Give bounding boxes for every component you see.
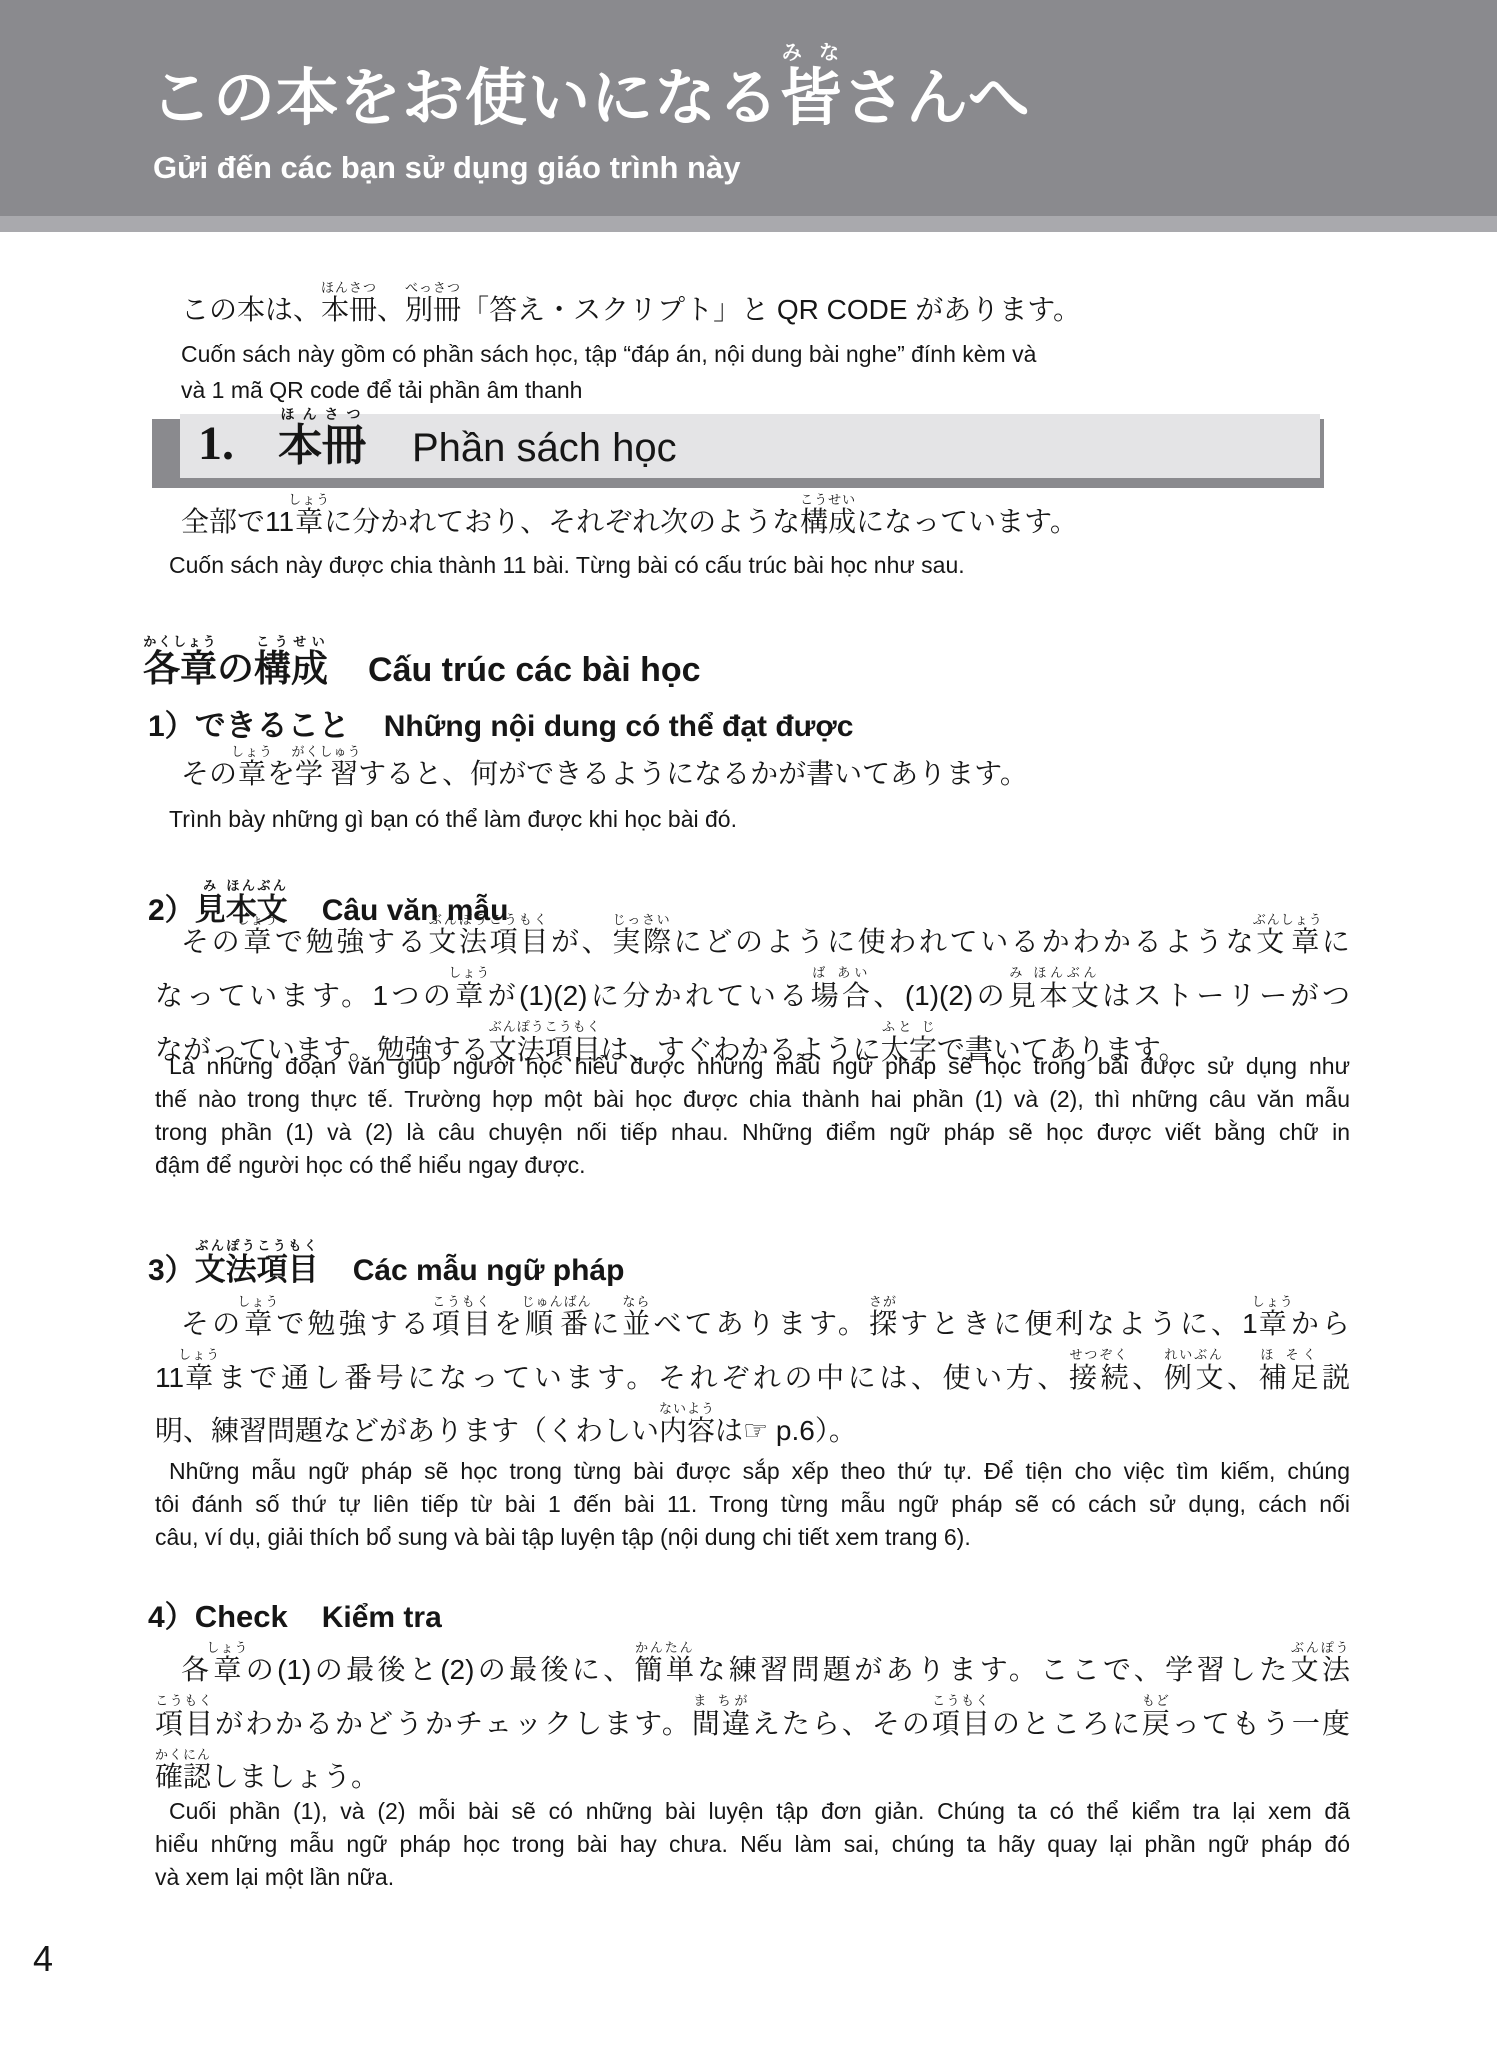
page-number: 4: [33, 1938, 53, 1980]
text-line: 11章しょうまで通し番号になっています。それぞれの中には、使い方、接続せつぞく、…: [155, 1347, 1350, 1401]
chapter-structure-heading: 各章かくしょうの構成こうせい Cấu trúc các bài học: [143, 612, 701, 690]
text-line: 全部で11章しょうに分かれており、それぞれ次のような構成こうせいになっています。: [155, 492, 1350, 545]
text-line: 明、練習問題などがあります（くわしい内容ないようは☞ p.6）。: [155, 1401, 1350, 1454]
item3-title: 3） 文法ぶんぽう項目こうもく Các mẫu ngữ pháp: [148, 1218, 624, 1289]
item4-body-japanese: 各章しょうの(1)の最後と(2)の最後に、簡単かんたんな練習問題があります。ここ…: [155, 1640, 1350, 1800]
section1-body-japanese: 全部で11章しょうに分かれており、それぞれ次のような構成こうせいになっています。: [155, 492, 1350, 545]
item2-body-japanese: その章しょうで勉強する文法項目ぶんぽうこうもくが、実際じっさいにどのように使われ…: [155, 912, 1350, 1073]
item3-title-vietnamese: Các mẫu ngữ pháp: [353, 1254, 625, 1288]
item1-body-vietnamese: Trình bày những gì bạn có thể làm được k…: [155, 803, 1350, 836]
text-line: Cuốn sách này gồm có phần sách học, tập …: [181, 336, 1381, 372]
item4-label: 4）: [148, 1592, 195, 1636]
text-line: thế nào trong thực tế. Trường hợp một bà…: [155, 1083, 1350, 1116]
item1-label: 1）: [148, 701, 195, 745]
text-line: その章しょうで勉強する文法項目ぶんぽうこうもくが、実際じっさいにどのように使われ…: [155, 912, 1350, 965]
item4-title-vietnamese: Kiểm tra: [322, 1601, 442, 1635]
text-line: その章しょうで勉強する項目こうもくを順番じゅんばんに並ならべてあります。探さがす…: [155, 1294, 1350, 1347]
item4-title: 4） Check Kiểm tra: [148, 1572, 442, 1636]
item3-label: 3）: [148, 1245, 195, 1289]
text-line: なっています。1つの章しょうが(1)(2)に分かれている場合ば あい、(1)(2…: [155, 965, 1350, 1019]
item1-body-japanese: その章しょうを学習がくしゅうすると、何ができるようになるかが書いてあります。: [155, 744, 1350, 797]
text-line: tôi đánh số thứ tự liên tiếp từ bài 1 đế…: [155, 1488, 1350, 1521]
text-line: 項目こうもくがわかるかどうかチェックします。間違ま ちがえたら、その項目こうもく…: [155, 1693, 1350, 1747]
item4-body-vietnamese: Cuối phần (1), và (2) mỗi bài sẽ có nhữn…: [155, 1795, 1350, 1894]
text-line: Cuốn sách này được chia thành 11 bài. Từ…: [155, 549, 1350, 582]
text-line: và xem lại một lần nữa.: [155, 1861, 1350, 1894]
item1-title-vietnamese: Những nội dung có thể đạt được: [384, 710, 854, 744]
item3-body-japanese: その章しょうで勉強する項目こうもくを順番じゅんばんに並ならべてあります。探さがす…: [155, 1294, 1350, 1454]
text-line: 確認かくにんしましょう。: [155, 1747, 1350, 1800]
header-band-bottom-strip: [0, 216, 1497, 232]
item3-body-vietnamese: Những mẫu ngữ pháp sẽ học trong từng bài…: [155, 1455, 1350, 1554]
section1-number: 1.: [198, 420, 234, 468]
text-line: trong phần (1) và (2) là câu chuyện nối …: [155, 1116, 1350, 1149]
text-line: その章しょうを学習がくしゅうすると、何ができるようになるかが書いてあります。: [155, 744, 1350, 797]
text-line: Trình bày những gì bạn có thể làm được k…: [155, 803, 1350, 836]
item2-body-vietnamese: Là những đoạn văn giúp người học hiểu đư…: [155, 1050, 1350, 1182]
text-line: hiểu những mẫu ngữ pháp học trong bài ha…: [155, 1828, 1350, 1861]
item1-title-japanese: できること: [195, 700, 350, 745]
intro-paragraph-japanese: この本は、本冊ほんさつ、別冊べっさつ「答え・スクリプト」と QR CODE があ…: [155, 280, 1350, 336]
text-line: câu, ví dụ, giải thích bổ sung và bài tậ…: [155, 1521, 1350, 1554]
text-line: この本は、本冊ほんさつ、別冊べっさつ「答え・スクリプト」と QR CODE があ…: [155, 280, 1350, 336]
textbook-page: この本をお使いになる皆み なさんへ Gửi đến các bạn sử dụn…: [0, 0, 1497, 2048]
page-title-vietnamese: Gửi đến các bạn sử dụng giáo trình này: [153, 150, 740, 186]
item4-title-japanese: Check: [195, 1599, 288, 1635]
text-line: Cuối phần (1), và (2) mỗi bài sẽ có nhữn…: [155, 1795, 1350, 1828]
section1-header-bar: 1. 本冊ほんさつ Phần sách học: [152, 414, 1324, 488]
text-line: đậm để người học có thể hiểu ngay được.: [155, 1149, 1350, 1182]
section1-title-vietnamese: Phần sách học: [412, 428, 677, 468]
text-line: 各章しょうの(1)の最後と(2)の最後に、簡単かんたんな練習問題があります。ここ…: [155, 1640, 1350, 1693]
intro-paragraph-vietnamese: Cuốn sách này gồm có phần sách học, tập …: [181, 336, 1381, 408]
section1-bar: 1. 本冊ほんさつ Phần sách học: [180, 414, 1320, 478]
text-line: và 1 mã QR code để tải phần âm thanh: [181, 372, 1381, 408]
text-line: Là những đoạn văn giúp người học hiểu đư…: [155, 1050, 1350, 1083]
item3-title-japanese: 文法ぶんぽう項目こうもく: [195, 1238, 319, 1289]
text-line: Những mẫu ngữ pháp sẽ học trong từng bài…: [155, 1455, 1350, 1488]
section1-title-japanese: 本冊ほんさつ: [278, 406, 366, 468]
page-title-japanese: この本をお使いになる皆み なさんへ: [150, 42, 1031, 130]
item1-title: 1） できること Những nội dung có thể đạt được: [148, 680, 853, 745]
section1-body-vietnamese: Cuốn sách này được chia thành 11 bài. Từ…: [155, 549, 1350, 582]
